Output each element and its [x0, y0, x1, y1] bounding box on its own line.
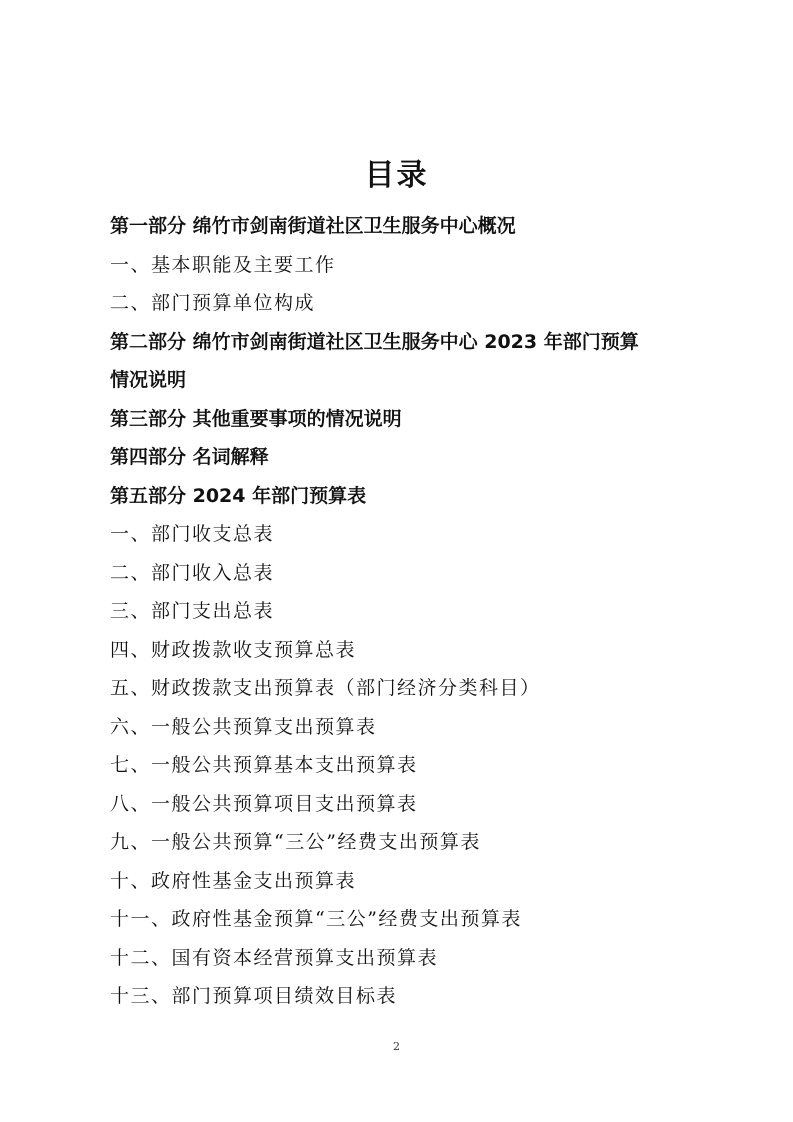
table-of-contents: 第一部分 绵竹市剑南街道社区卫生服务中心概况 一、基本职能及主要工作 二、部门预… [110, 210, 710, 1019]
toc-entry: 五、财政拨款支出预算表（部门经济分类科目） [110, 672, 710, 711]
toc-entry: 四、财政拨款收支预算总表 [110, 634, 710, 673]
toc-entry: 八、一般公共预算项目支出预算表 [110, 788, 710, 827]
toc-entry: 六、一般公共预算支出预算表 [110, 711, 710, 750]
toc-entry-part-1: 第一部分 绵竹市剑南街道社区卫生服务中心概况 [110, 210, 710, 249]
toc-entry: 二、部门收入总表 [110, 557, 710, 596]
toc-entry-part-4: 第四部分 名词解释 [110, 441, 710, 480]
toc-entry-part-3: 第三部分 其他重要事项的情况说明 [110, 403, 710, 442]
toc-entry: 七、一般公共预算基本支出预算表 [110, 749, 710, 788]
toc-entry: 二、部门预算单位构成 [110, 287, 710, 326]
toc-entry: 十三、部门预算项目绩效目标表 [110, 980, 710, 1019]
toc-entry-part-5: 第五部分 2024 年部门预算表 [110, 480, 710, 519]
page-number: 2 [0, 1040, 793, 1053]
page-title: 目录 [0, 150, 793, 194]
toc-entry-part-2-continued: 情况说明 [110, 364, 710, 403]
toc-entry: 三、部门支出总表 [110, 595, 710, 634]
toc-entry: 十一、政府性基金预算“三公”经费支出预算表 [110, 903, 710, 942]
toc-entry-part-2: 第二部分 绵竹市剑南街道社区卫生服务中心 2023 年部门预算 [110, 326, 710, 365]
toc-entry: 一、部门收支总表 [110, 518, 710, 557]
toc-entry: 一、基本职能及主要工作 [110, 249, 710, 288]
toc-entry: 九、一般公共预算“三公”经费支出预算表 [110, 826, 710, 865]
toc-entry: 十、政府性基金支出预算表 [110, 865, 710, 904]
toc-entry: 十二、国有资本经营预算支出预算表 [110, 942, 710, 981]
